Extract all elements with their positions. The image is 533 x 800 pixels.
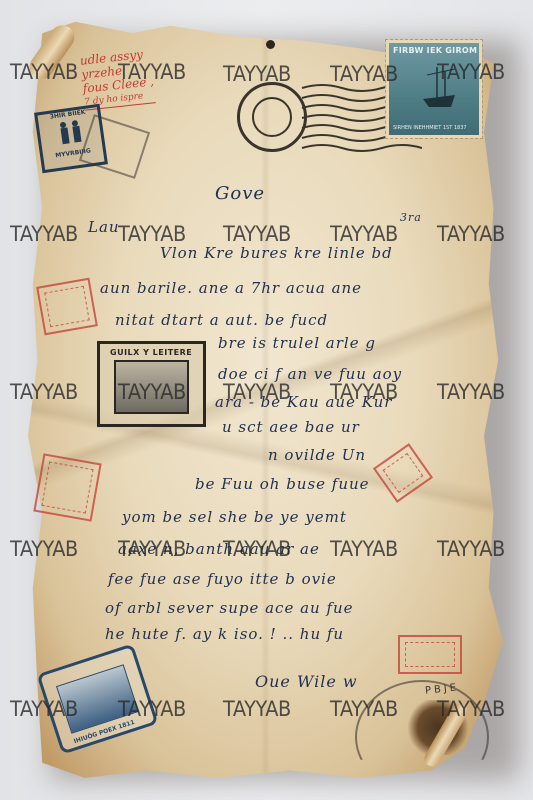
red-stamp bbox=[36, 278, 98, 336]
letter-line: bre is trulel arle g bbox=[218, 334, 376, 352]
red-ink-note: udle assyy yrzehe fous Cleee , 7 dy ho i… bbox=[79, 46, 156, 110]
letter-side-note: 3ra bbox=[400, 211, 422, 224]
red-stamp bbox=[33, 453, 101, 521]
letter-line: fee fue ase fuyo itte b ovie bbox=[108, 570, 337, 588]
stamp-footer: SIRHEN INEHHMIET 1ST 1837 bbox=[393, 125, 467, 131]
letter-line: nitat dtart a aut. be fucd bbox=[115, 311, 328, 329]
letter-line: be Fuu oh buse fuue bbox=[195, 475, 370, 493]
letter-line: yom be sel she be ye yemt bbox=[122, 508, 347, 526]
letter-line: he hute f. ay k iso. ! .. hu fu bbox=[105, 625, 344, 643]
letter-salutation: Gove bbox=[215, 183, 265, 204]
letter-line: ara - be Kau aue Kur bbox=[215, 393, 392, 411]
stamp-picture bbox=[114, 360, 189, 414]
red-stamp bbox=[398, 635, 462, 674]
letter-line: aaxe n, banth aau ar ae bbox=[118, 540, 320, 558]
letter-side-word: Lau bbox=[88, 218, 120, 236]
letter-line: of arbl sever supe ace au fue bbox=[105, 599, 354, 617]
letter-line: n ovilde Un bbox=[268, 446, 366, 464]
ship-postage-stamp: FIRBW IEK GIROM SIRHEN INEHHMIET 1ST 183… bbox=[386, 40, 482, 138]
ship-icon bbox=[419, 65, 459, 110]
letter-closing: Oue Wile w bbox=[255, 672, 358, 691]
letter-line: aun barile. ane a 7hr acua ane bbox=[100, 279, 362, 297]
stamp-header: GUILX Y LEITERE bbox=[110, 348, 192, 357]
letter-line: Vlon Kre bures kre linle bd bbox=[160, 244, 393, 262]
stamp-middle: GUILX Y LEITERE bbox=[97, 341, 206, 427]
stamp-title: FIRBW IEK GIROM bbox=[393, 46, 477, 55]
pin-hole bbox=[266, 40, 275, 49]
letter-line: doe ci f an ve fuu aoy bbox=[218, 365, 402, 383]
letter-line: u sct aee bae ur bbox=[222, 418, 360, 436]
